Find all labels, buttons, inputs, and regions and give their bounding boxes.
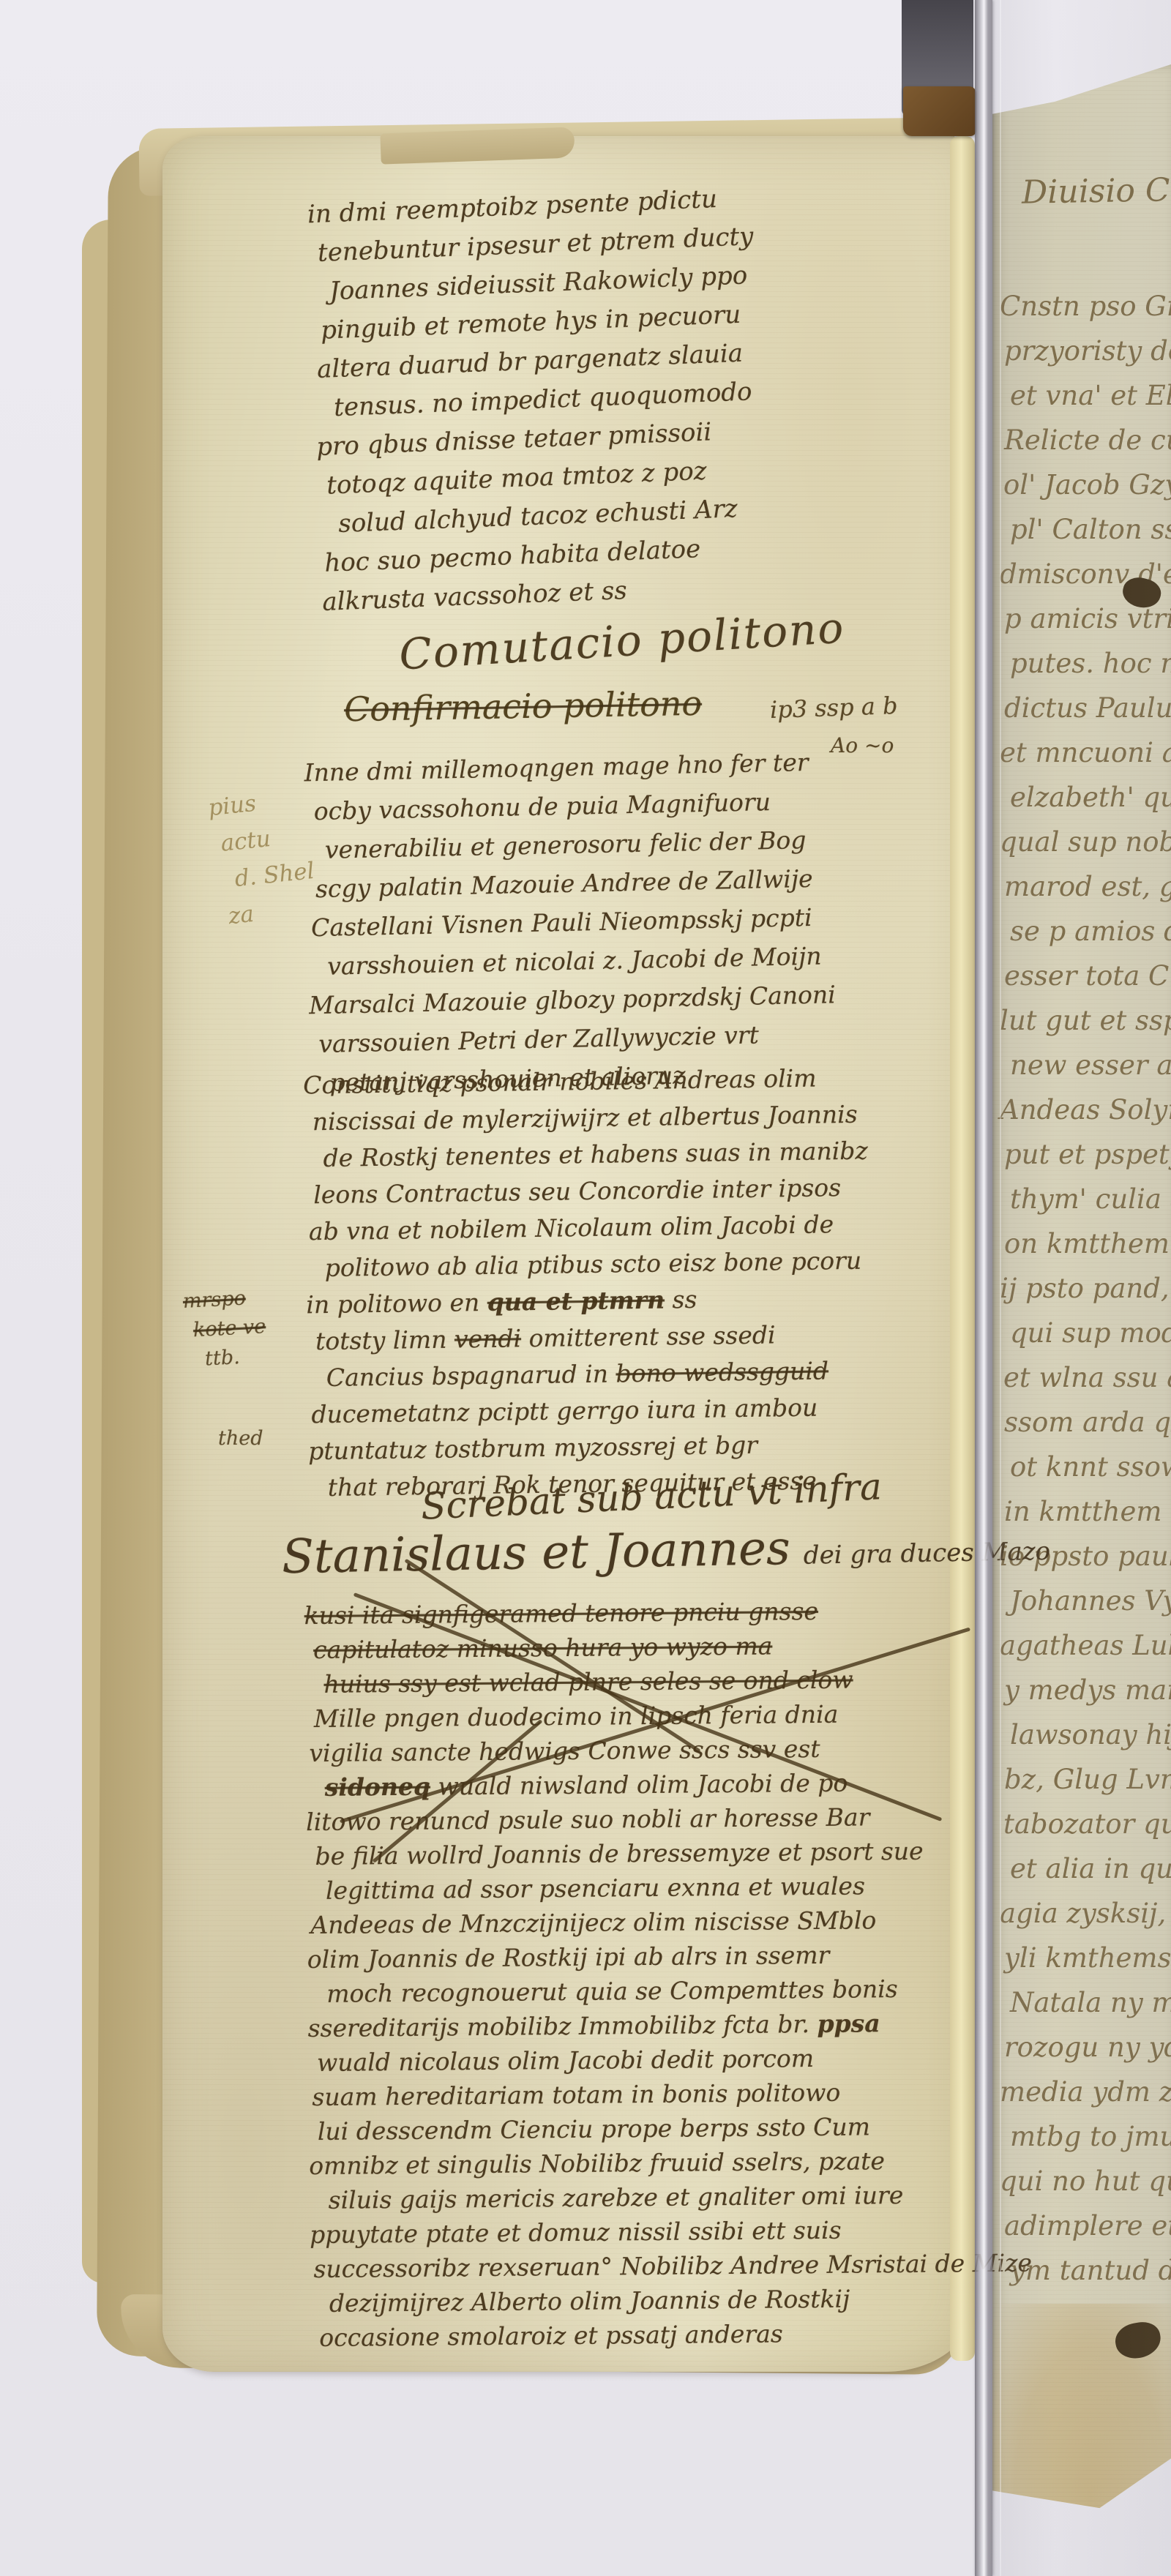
manuscript-line: ssereditarijs mobilibz Immobilibz fcta b… bbox=[307, 2005, 988, 2045]
right-page: Diuisio C Cnstn pso Gnoprzyoristy de okr… bbox=[992, 64, 1171, 2545]
manuscript-scan: in dmi reemptoibz psente pdictutenebuntu… bbox=[0, 0, 1171, 2576]
text-segment: ss bbox=[665, 1285, 697, 1314]
spine-leather-patch bbox=[903, 86, 976, 136]
manuscript-line: olim Joannis de Rostkij ipi ab alrs in s… bbox=[307, 1936, 988, 1977]
text-block-2: Inne dmi millemoqngen mage hno fer teroc… bbox=[304, 740, 962, 1103]
manuscript-line: tabozator quodam bbox=[1003, 1802, 1171, 1846]
manuscript-line: pl' Calton ss bbox=[1010, 507, 1171, 552]
text-segment: ppsa bbox=[817, 2009, 880, 2038]
text-segment: ttb. bbox=[204, 1346, 240, 1370]
text-segment: in politowo en bbox=[306, 1288, 487, 1319]
manuscript-line: lui desscendm Cienciu prope berps ssto C… bbox=[318, 2108, 989, 2149]
manuscript-line: Mille pngen duodecimo in lipsch feria dn… bbox=[314, 1696, 986, 1736]
manuscript-line: huius ssy est wclad plnre seles se ond c… bbox=[323, 1661, 985, 1701]
manuscript-line: ttb. bbox=[204, 1341, 268, 1374]
manuscript-line: be filia wollrd Joannis de bressemyze et… bbox=[315, 1833, 987, 1873]
manuscript-line: Cnstn pso Gno bbox=[1000, 284, 1171, 329]
manuscript-line: media ydm zpley bbox=[1000, 2070, 1171, 2114]
manuscript-line: rozogu ny ydm, c bbox=[1004, 2025, 1171, 2070]
manuscript-line: omnibz et singulis Nobilibz fruuid sselr… bbox=[309, 2143, 989, 2183]
manuscript-line: lut gut et ssplis bbox=[1000, 998, 1171, 1043]
manuscript-line: successoribz rexseruan° Nobilibz Andree … bbox=[313, 2246, 990, 2286]
manuscript-line: suam hereditariam totam in bonis politow… bbox=[312, 2074, 989, 2114]
manuscript-line: qui sup mod, fr bbox=[1010, 1311, 1171, 1355]
struck-text: mrspo bbox=[182, 1287, 246, 1312]
manuscript-line: kote ve bbox=[192, 1312, 266, 1345]
text-segment: totsty limn bbox=[315, 1325, 454, 1356]
manuscript-line: dictus Paulus przyc bbox=[1004, 686, 1171, 730]
manuscript-line: et vna' et Elzab bbox=[1010, 373, 1171, 418]
manuscript-line: wuald nicolaus olim Jacobi dedit porcom bbox=[317, 2040, 989, 2080]
text-block-3: Constitutiqz psonalr nobiles Andreas oli… bbox=[303, 1058, 975, 1507]
heading-names-main: Stanislaus et Joannes bbox=[281, 1521, 790, 1584]
manuscript-line: ol' Jacob Gzyz bbox=[1003, 463, 1171, 507]
manuscript-line: yli kmthems, acb bbox=[1004, 1936, 1171, 1980]
manuscript-line: Natala ny medys bbox=[1010, 1980, 1171, 2025]
manuscript-line: bz, Glug Lvmy, bbox=[1004, 1757, 1171, 1802]
text-segment: ssereditarijs mobilibz Immobilibz fcta b… bbox=[307, 2010, 817, 2043]
manuscript-line: qui no hut quatrag bbox=[1000, 2159, 1171, 2204]
text-segment: omitterent sse ssedi bbox=[521, 1320, 776, 1352]
manuscript-line: adimplere et requi bbox=[1004, 2204, 1171, 2248]
manuscript-line: mtbg to jmuli zim bbox=[1010, 2114, 1171, 2159]
manuscript-line: agia zysksij, ely bbox=[1000, 1891, 1171, 1936]
manuscript-line: et alia in qua mi bbox=[1010, 1846, 1171, 1891]
manuscript-line: mrspo bbox=[182, 1283, 265, 1317]
manuscript-line: moch recognouerut quia se Compemttes bon… bbox=[326, 1971, 988, 2011]
right-page-heading: Diuisio C bbox=[1022, 171, 1170, 211]
manuscript-line: put et pspety om bbox=[1004, 1132, 1171, 1177]
margin-note-2-struck: mrspokote vettb. bbox=[182, 1283, 268, 1375]
manuscript-line: ssom arda qz bbox=[1004, 1400, 1171, 1445]
manuscript-line: ppuytate ptate et domuz nissil ssibi ett… bbox=[310, 2212, 990, 2252]
manuscript-line: ij psto pand, q bbox=[1000, 1266, 1171, 1311]
manuscript-line: et wlna ssu am bbox=[1003, 1355, 1171, 1400]
manuscript-line: elzabeth' qutu pt bbox=[1010, 775, 1171, 820]
manuscript-line: Johannes Vyanko bbox=[1010, 1579, 1171, 1623]
manuscript-line: Andeas Solymanu bbox=[1000, 1087, 1171, 1132]
manuscript-line: new esser arda bbox=[1010, 1043, 1171, 1087]
heading-confirmatio-struck: Confirmacio politono bbox=[344, 684, 703, 730]
manuscript-line: Andeeas de Mnzczijnijecz olim niscisse S… bbox=[310, 1902, 987, 1942]
manuscript-line: putes. hoc modo re bbox=[1010, 641, 1171, 686]
manuscript-line: dezijmijrez Alberto olim Joannis de Rost… bbox=[329, 2280, 991, 2321]
heading-names-tail: dei gra duces Mazo bbox=[804, 1537, 1051, 1570]
manuscript-line: et mncuoni amic bbox=[1000, 730, 1171, 775]
manuscript-line: Relicte de cuj okr bbox=[1004, 418, 1171, 463]
struck-text: kusi ita signfigeramed tenore pnciu gnss… bbox=[304, 1597, 819, 1630]
manuscript-line: agatheas Luka, ap bbox=[1000, 1623, 1171, 1668]
struck-text: kote ve bbox=[192, 1315, 266, 1341]
heading-side-note: ip3 ssp a b bbox=[769, 692, 898, 724]
margin-note-3: thed bbox=[218, 1427, 263, 1450]
text-segment: Cancius bspagnarud in bbox=[326, 1359, 616, 1392]
manuscript-line: przyoristy de okr bbox=[1004, 329, 1171, 373]
manuscript-line: vigilia sancte hedwigs Conwe sscs ssv es… bbox=[309, 1730, 986, 1770]
manuscript-line: capitulatoz minusso hura yo wyzo ma bbox=[313, 1627, 985, 1667]
manuscript-line: esser tota Cuda f bbox=[1004, 954, 1171, 998]
manuscript-line: ym tantud dz heke- bbox=[1010, 2248, 1171, 2293]
manuscript-line: lawsonay hijss, m bbox=[1010, 1712, 1171, 1757]
manuscript-line: y medys maresch z bbox=[1004, 1668, 1171, 1712]
manuscript-line: occasione smolaroiz et pssatj anderas bbox=[319, 2315, 991, 2355]
manuscript-line: siluis gaijs mericis zarebze et gnaliter… bbox=[328, 2177, 989, 2217]
manuscript-line: on kmtthem' de bbox=[1004, 1221, 1171, 1266]
struck-text: vendi bbox=[454, 1324, 522, 1353]
manuscript-line: legittima ad ssor psenciaru exnna et wua… bbox=[326, 1868, 987, 1908]
manuscript-line: thym' culia arda bbox=[1010, 1177, 1171, 1221]
plexiglass-strip bbox=[975, 0, 992, 2576]
manuscript-line: qual sup nob. St bbox=[1000, 820, 1171, 864]
text-block-1: in dmi reemptoibz psente pdictutenebuntu… bbox=[307, 173, 901, 622]
margin-note-1: piusactud. Shelza bbox=[206, 779, 320, 935]
manuscript-line: marod est, gm bbox=[1004, 864, 1171, 909]
manuscript-line: se p amios dm bbox=[1010, 909, 1171, 954]
struck-text: bono wedssgguid bbox=[616, 1356, 828, 1388]
struck-text: qua et ptmrn bbox=[487, 1286, 665, 1317]
manuscript-line: ot knnt ssow dr bbox=[1010, 1445, 1171, 1489]
